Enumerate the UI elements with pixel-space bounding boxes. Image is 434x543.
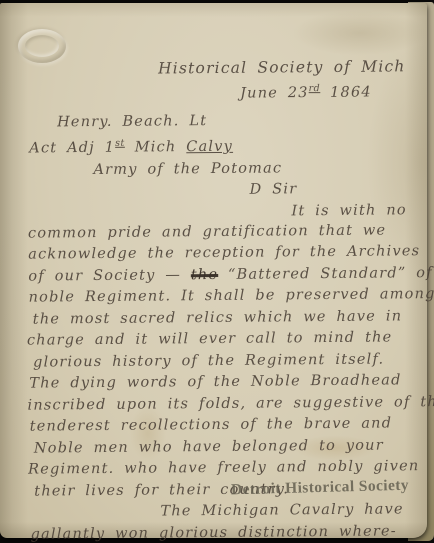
- recipient-army: Army of the Potomac: [93, 157, 416, 181]
- body-paragraph-continue: noble Regiment. It shall be preserved am…: [28, 284, 419, 502]
- strike-line-pre: of our Society —: [28, 267, 191, 284]
- date-ordinal: rd: [309, 83, 321, 94]
- letter-line: The dying words of the Noble Broadhead: [29, 370, 418, 395]
- strike-line-post: “Battered Standard” of your: [218, 264, 434, 282]
- letter-text: Historical Society of Mich June 23rd 186…: [0, 1, 432, 540]
- letter-line: noble Regiment. It shall be preserved am…: [28, 284, 417, 309]
- recipient-unit: Act Adj 1st Mich Calvy: [29, 131, 416, 161]
- paper-sheet: Historical Society of Mich June 23rd 186…: [0, 3, 427, 538]
- date-day: June 23: [240, 85, 309, 102]
- struck-word: the: [191, 267, 218, 283]
- unit-mid: Mich: [125, 139, 187, 156]
- body-last-visible-line: gallantly won glorious distinction where…: [31, 521, 420, 543]
- unit-prefix: Act Adj 1: [29, 140, 115, 157]
- body-closing-indent-line: The Michigan Cavalry have: [160, 499, 419, 523]
- letter-line: tenderest recollections of the brave and: [30, 413, 419, 438]
- unit-abbreviation: Calvy: [186, 139, 233, 155]
- letter-line: acknowledge the reception for the Archiv…: [28, 241, 417, 266]
- letter-photograph: Historical Society of Mich June 23rd 186…: [0, 0, 434, 543]
- unit-ordinal: st: [115, 138, 125, 149]
- header-date: June 23rd 1864: [27, 77, 416, 106]
- letter-line: charge and it will ever call to mind the: [27, 327, 418, 352]
- body-paragraph-start: common pride and gratification that we a…: [28, 220, 417, 266]
- date-year: 1864: [320, 84, 372, 100]
- recipient-name: Henry. Beach. Lt: [57, 109, 416, 134]
- salutation: D Sir: [250, 178, 417, 201]
